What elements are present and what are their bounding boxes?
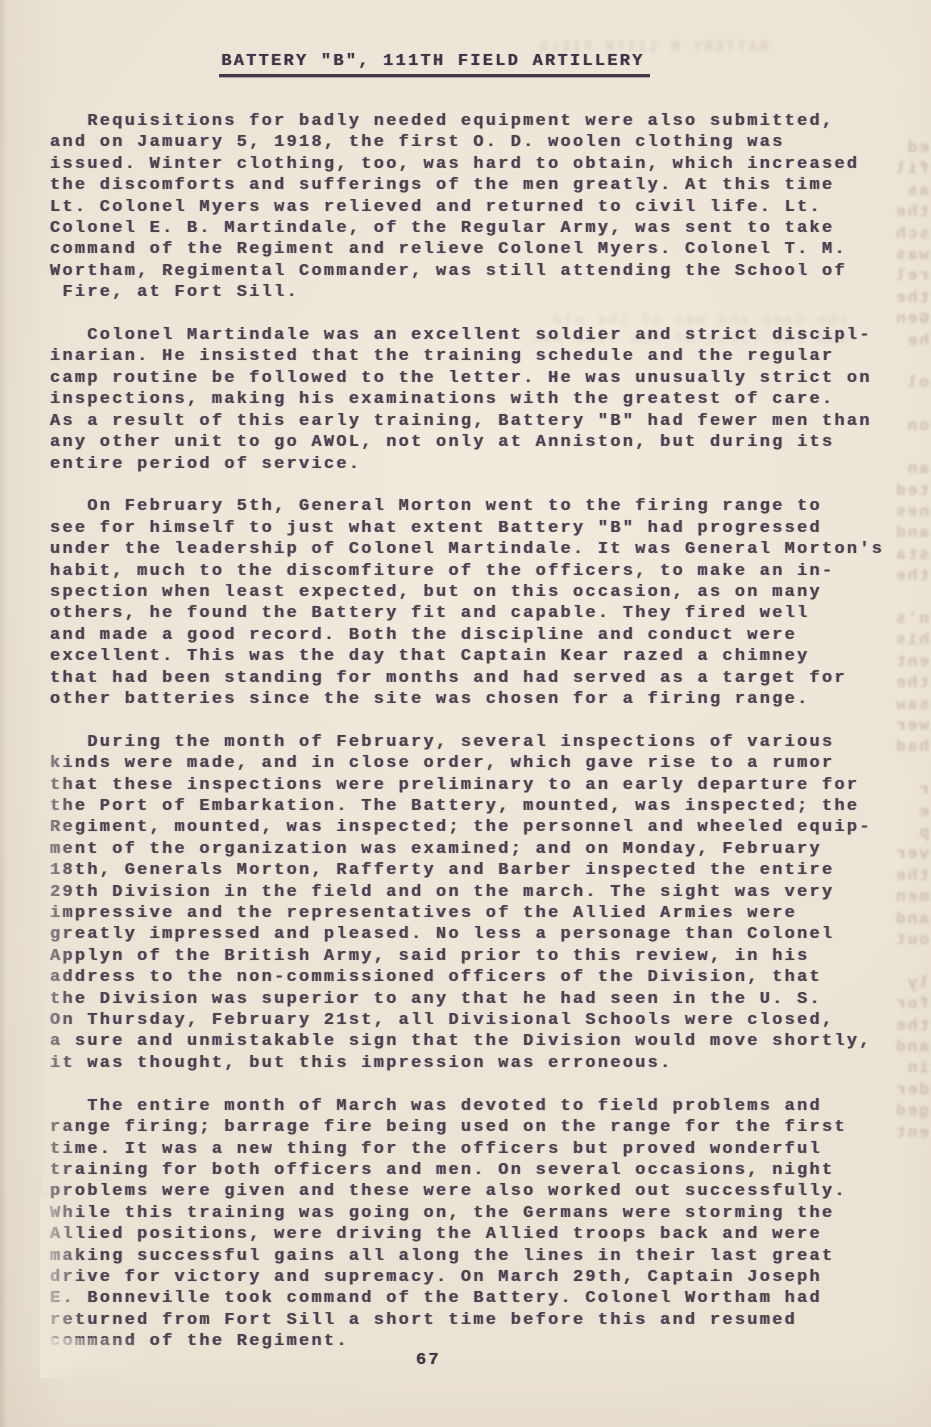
text-line: kinds were made, and in close order, whi… (50, 753, 895, 774)
text-line: drive for victory and supremacy. On Marc… (50, 1267, 895, 1288)
text-line: problems were given and these were also … (50, 1181, 895, 1202)
text-line: On Thursday, February 21st, all Division… (50, 1010, 895, 1031)
document-body: Requisitions for badly needed equipment … (50, 111, 895, 1353)
text-line: Lt. Colonel Myers was relieved and retur… (50, 197, 895, 218)
page-number: 67 (416, 1351, 441, 1370)
text-line: Wortham, Regimental Commander, was still… (50, 261, 895, 282)
text-line: see for himself to just what extent Batt… (50, 518, 895, 539)
text-line: any other unit to go AWOL, not only at A… (50, 432, 895, 453)
scanned-document-page: ed fil as the sch was rel the Gen he ol … (0, 0, 931, 1427)
text-line: address to the non-commissioned officers… (50, 967, 895, 988)
text-line: range firing; barrage fire being used on… (50, 1117, 895, 1138)
text-line: that these inspections were preliminary … (50, 775, 895, 796)
text-line: it was thought, but this impression was … (50, 1053, 895, 1074)
text-line: 29th Division in the field and on the ma… (50, 882, 895, 903)
text-line: Colonel E. B. Martindale, of the Regular… (50, 218, 895, 239)
text-line: command of the Regiment. (50, 1331, 895, 1352)
text-line: excellent. This was the day that Captain… (50, 646, 895, 667)
text-line: Colonel Martindale was an excellent sold… (50, 325, 895, 346)
paragraph: The entire month of March was devoted to… (50, 1096, 895, 1353)
text-line: camp routine be followed to the letter. … (50, 368, 895, 389)
paragraph: Requisitions for badly needed equipment … (50, 111, 895, 304)
text-line: Requisitions for badly needed equipment … (50, 111, 895, 132)
text-line: making successful gains all along the li… (50, 1246, 895, 1267)
paragraph: On February 5th, General Morton went to … (50, 496, 895, 710)
text-line: other batteries since the site was chose… (50, 689, 895, 710)
text-line: a sure and unmistakable sign that the Di… (50, 1031, 895, 1052)
text-line: inarian. He insisted that the training s… (50, 346, 895, 367)
text-line: Applyn of the British Army, said prior t… (50, 946, 895, 967)
text-line: entire period of service. (50, 454, 895, 475)
text-line: command of the Regiment and relieve Colo… (50, 239, 895, 260)
text-line: spection when least expected, but on thi… (50, 582, 895, 603)
text-line: The entire month of March was devoted to… (50, 1096, 895, 1117)
text-line: others, he found the Battery fit and cap… (50, 603, 895, 624)
text-line: the Port of Embarkation. The Battery, mo… (50, 796, 895, 817)
text-line: While this training was going on, the Ge… (50, 1203, 895, 1224)
text-line: the Division was superior to any that he… (50, 989, 895, 1010)
paragraph: During the month of February, several in… (50, 732, 895, 1075)
text-line: On February 5th, General Morton went to … (50, 496, 895, 517)
text-line: impressive and the representatives of th… (50, 903, 895, 924)
text-line: E. Bonneville took command of the Batter… (50, 1288, 895, 1309)
text-line: Fire, at Fort Sill. (50, 282, 895, 303)
text-line: training for both officers and men. On s… (50, 1160, 895, 1181)
text-line: ment of the organization was examined; a… (50, 839, 895, 860)
page-title: BATTERY "B", 111TH FIELD ARTILLERY (219, 52, 649, 77)
document-title-row: BATTERY "B", 111TH FIELD ARTILLERY (0, 52, 900, 77)
text-line: issued. Winter clothing, too, was hard t… (50, 154, 895, 175)
text-line: During the month of February, several in… (50, 732, 895, 753)
text-line: 18th, Generals Morton, Rafferty and Barb… (50, 860, 895, 881)
text-line: under the leadership of Colonel Martinda… (50, 539, 895, 560)
text-line: Allied positions, were driving the Allie… (50, 1224, 895, 1245)
text-line: time. It was a new thing for the officer… (50, 1139, 895, 1160)
text-line: the discomforts and sufferings of the me… (50, 175, 895, 196)
text-line: Regiment, mounted, was inspected; the pe… (50, 817, 895, 838)
text-line: habit, much to the discomfiture of the o… (50, 561, 895, 582)
text-line: As a result of this early training, Batt… (50, 411, 895, 432)
text-line: and on Jamuary 5, 1918, the first O. D. … (50, 132, 895, 153)
text-line: and made a good record. Both the discipl… (50, 625, 895, 646)
paragraph: Colonel Martindale was an excellent sold… (50, 325, 895, 475)
text-line: inspections, making his examinations wit… (50, 389, 895, 410)
text-line: returned from Fort Sill a short time bef… (50, 1310, 895, 1331)
text-line: greatly impressed and pleased. No less a… (50, 924, 895, 945)
text-line: that had been standing for months and ha… (50, 668, 895, 689)
